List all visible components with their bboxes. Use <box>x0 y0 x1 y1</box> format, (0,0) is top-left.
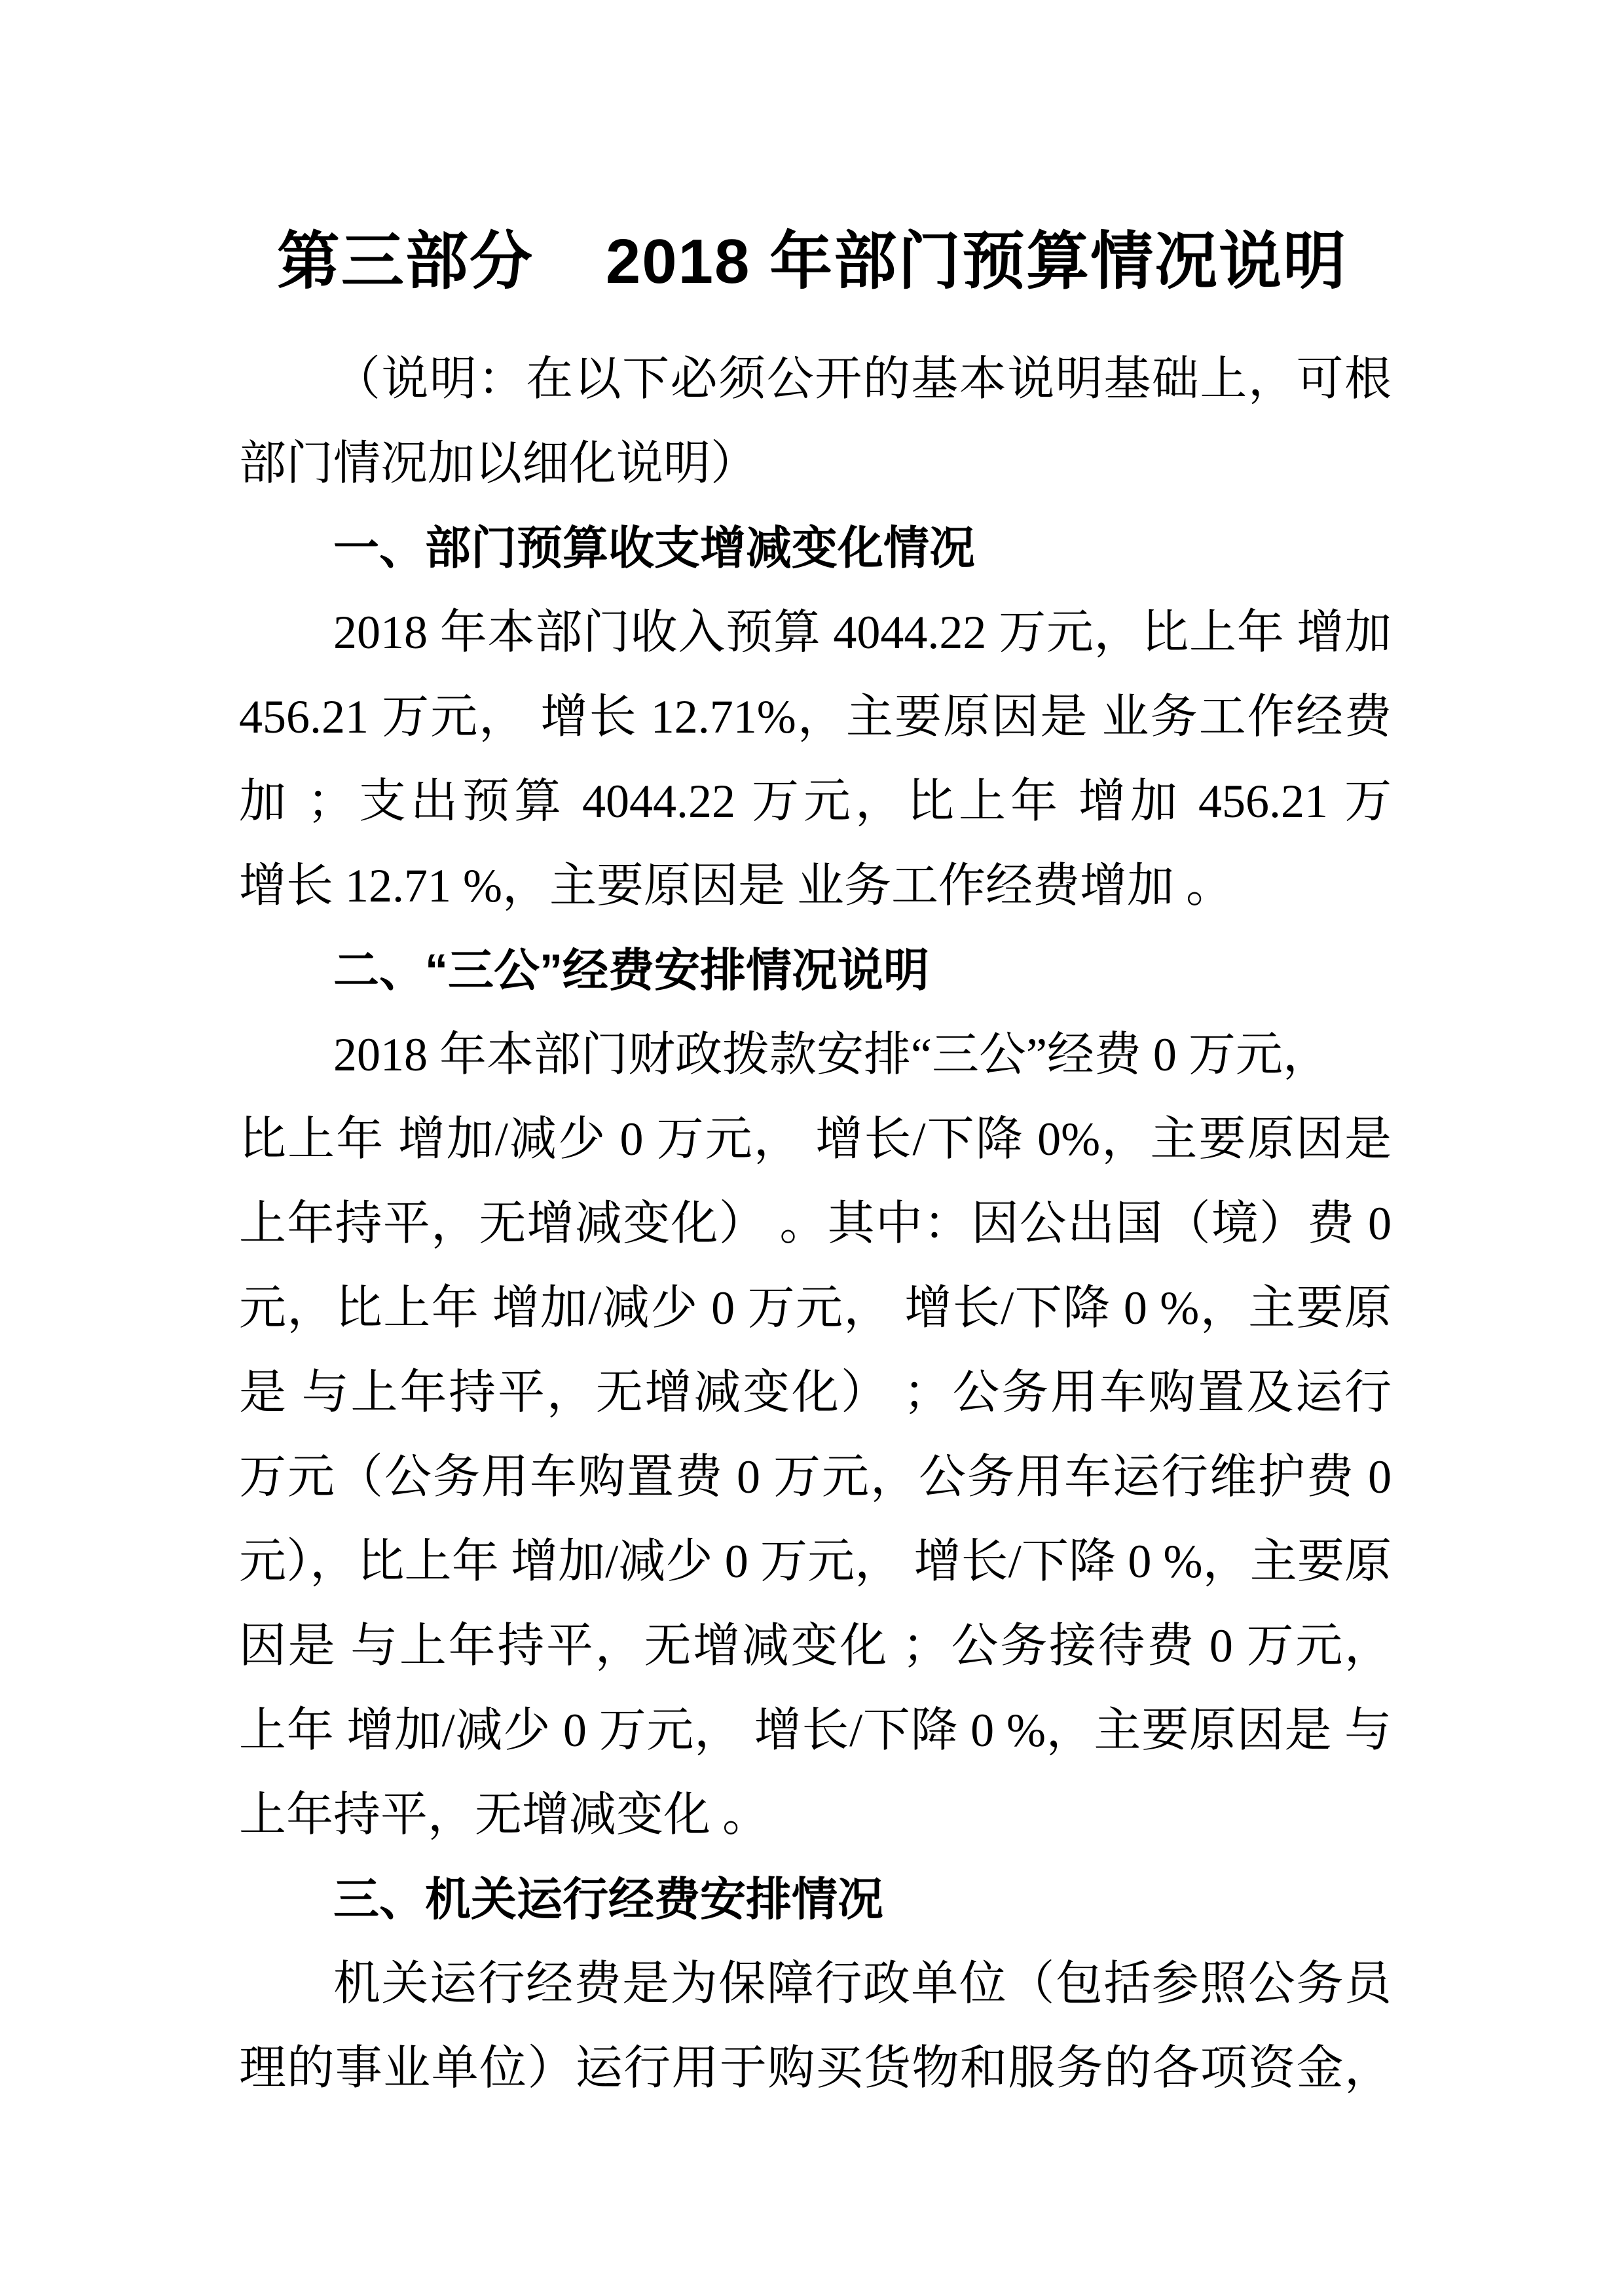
paragraph-line: 上年 增加/减少 0 万元， 增长/下降 0 %，主要原因是 与 <box>239 1688 1392 1773</box>
section-heading-three-public-funds: 二、“三公”经费安排情况说明 <box>239 928 1392 1013</box>
paragraph-line: 万元（公务用车购置费 0 万元，公务用车运行维护费 0 万 <box>239 1435 1392 1520</box>
section-heading-budget-changes: 一、部门预算收支增减变化情况 <box>239 506 1392 591</box>
paragraph-line: 2018 年本部门收入预算 4044.22 万元，比上年 增加 <box>239 591 1392 675</box>
section-heading-operating-funds: 三、机关运行经费安排情况 <box>239 1857 1392 1942</box>
paragraph-line: 部门情况加以细化说明） <box>239 422 1392 506</box>
document-title-part1: 第三部分 <box>277 227 534 297</box>
paragraph-line: 加 ；支出预算 4044.22 万元，比上年 增加 456.21 万元， <box>239 759 1392 844</box>
paragraph-line: 因是 与上年持平，无增减变化 ；公务接待费 0 万元，比 <box>239 1604 1392 1688</box>
paragraph-line: 比上年 增加/减少 0 万元， 增长/下降 0%，主要原因是 与 <box>239 1097 1392 1182</box>
paragraph-line: 456.21 万元， 增长 12.71%，主要原因是 业务工作经费增 <box>239 675 1392 759</box>
paragraph-line: 是 与上年持平，无增减变化） ；公务用车购置及运行费 0 <box>239 1351 1392 1435</box>
paragraph-line: （说明：在以下必须公开的基本说明基础上，可根据本 <box>239 337 1392 422</box>
paragraph-line: 上年持平，无增减变化 。 <box>239 1773 1392 1857</box>
paragraph-line: 上年持平，无增减变化） 。其中：因公出国（境）费 0 万 <box>239 1182 1392 1266</box>
document-title-part2: 2018 年部门预算情况说明 <box>606 227 1347 297</box>
paragraph-line: 元），比上年 增加/减少 0 万元， 增长/下降 0 %，主要原 <box>239 1520 1392 1604</box>
document-page: 第三部分2018 年部门预算情况说明 （说明：在以下必须公开的基本说明基础上，可… <box>0 0 1624 2296</box>
document-title: 第三部分2018 年部门预算情况说明 <box>0 219 1624 304</box>
paragraph-line: 元，比上年 增加/减少 0 万元， 增长/下降 0 %，主要原因 <box>239 1266 1392 1351</box>
paragraph-line: 理的事业单位）运行用于购买货物和服务的各项资金，包括 <box>239 2026 1392 2111</box>
document-body: （说明：在以下必须公开的基本说明基础上，可根据本 部门情况加以细化说明） 一、部… <box>0 337 1624 2111</box>
paragraph-line: 2018 年本部门财政拨款安排“三公”经费 0 万元， <box>239 1013 1392 1097</box>
paragraph-line: 机关运行经费是为保障行政单位（包括参照公务员法管 <box>239 1942 1392 2026</box>
paragraph-line: 增长 12.71 %，主要原因是 业务工作经费增加 。 <box>239 844 1392 928</box>
